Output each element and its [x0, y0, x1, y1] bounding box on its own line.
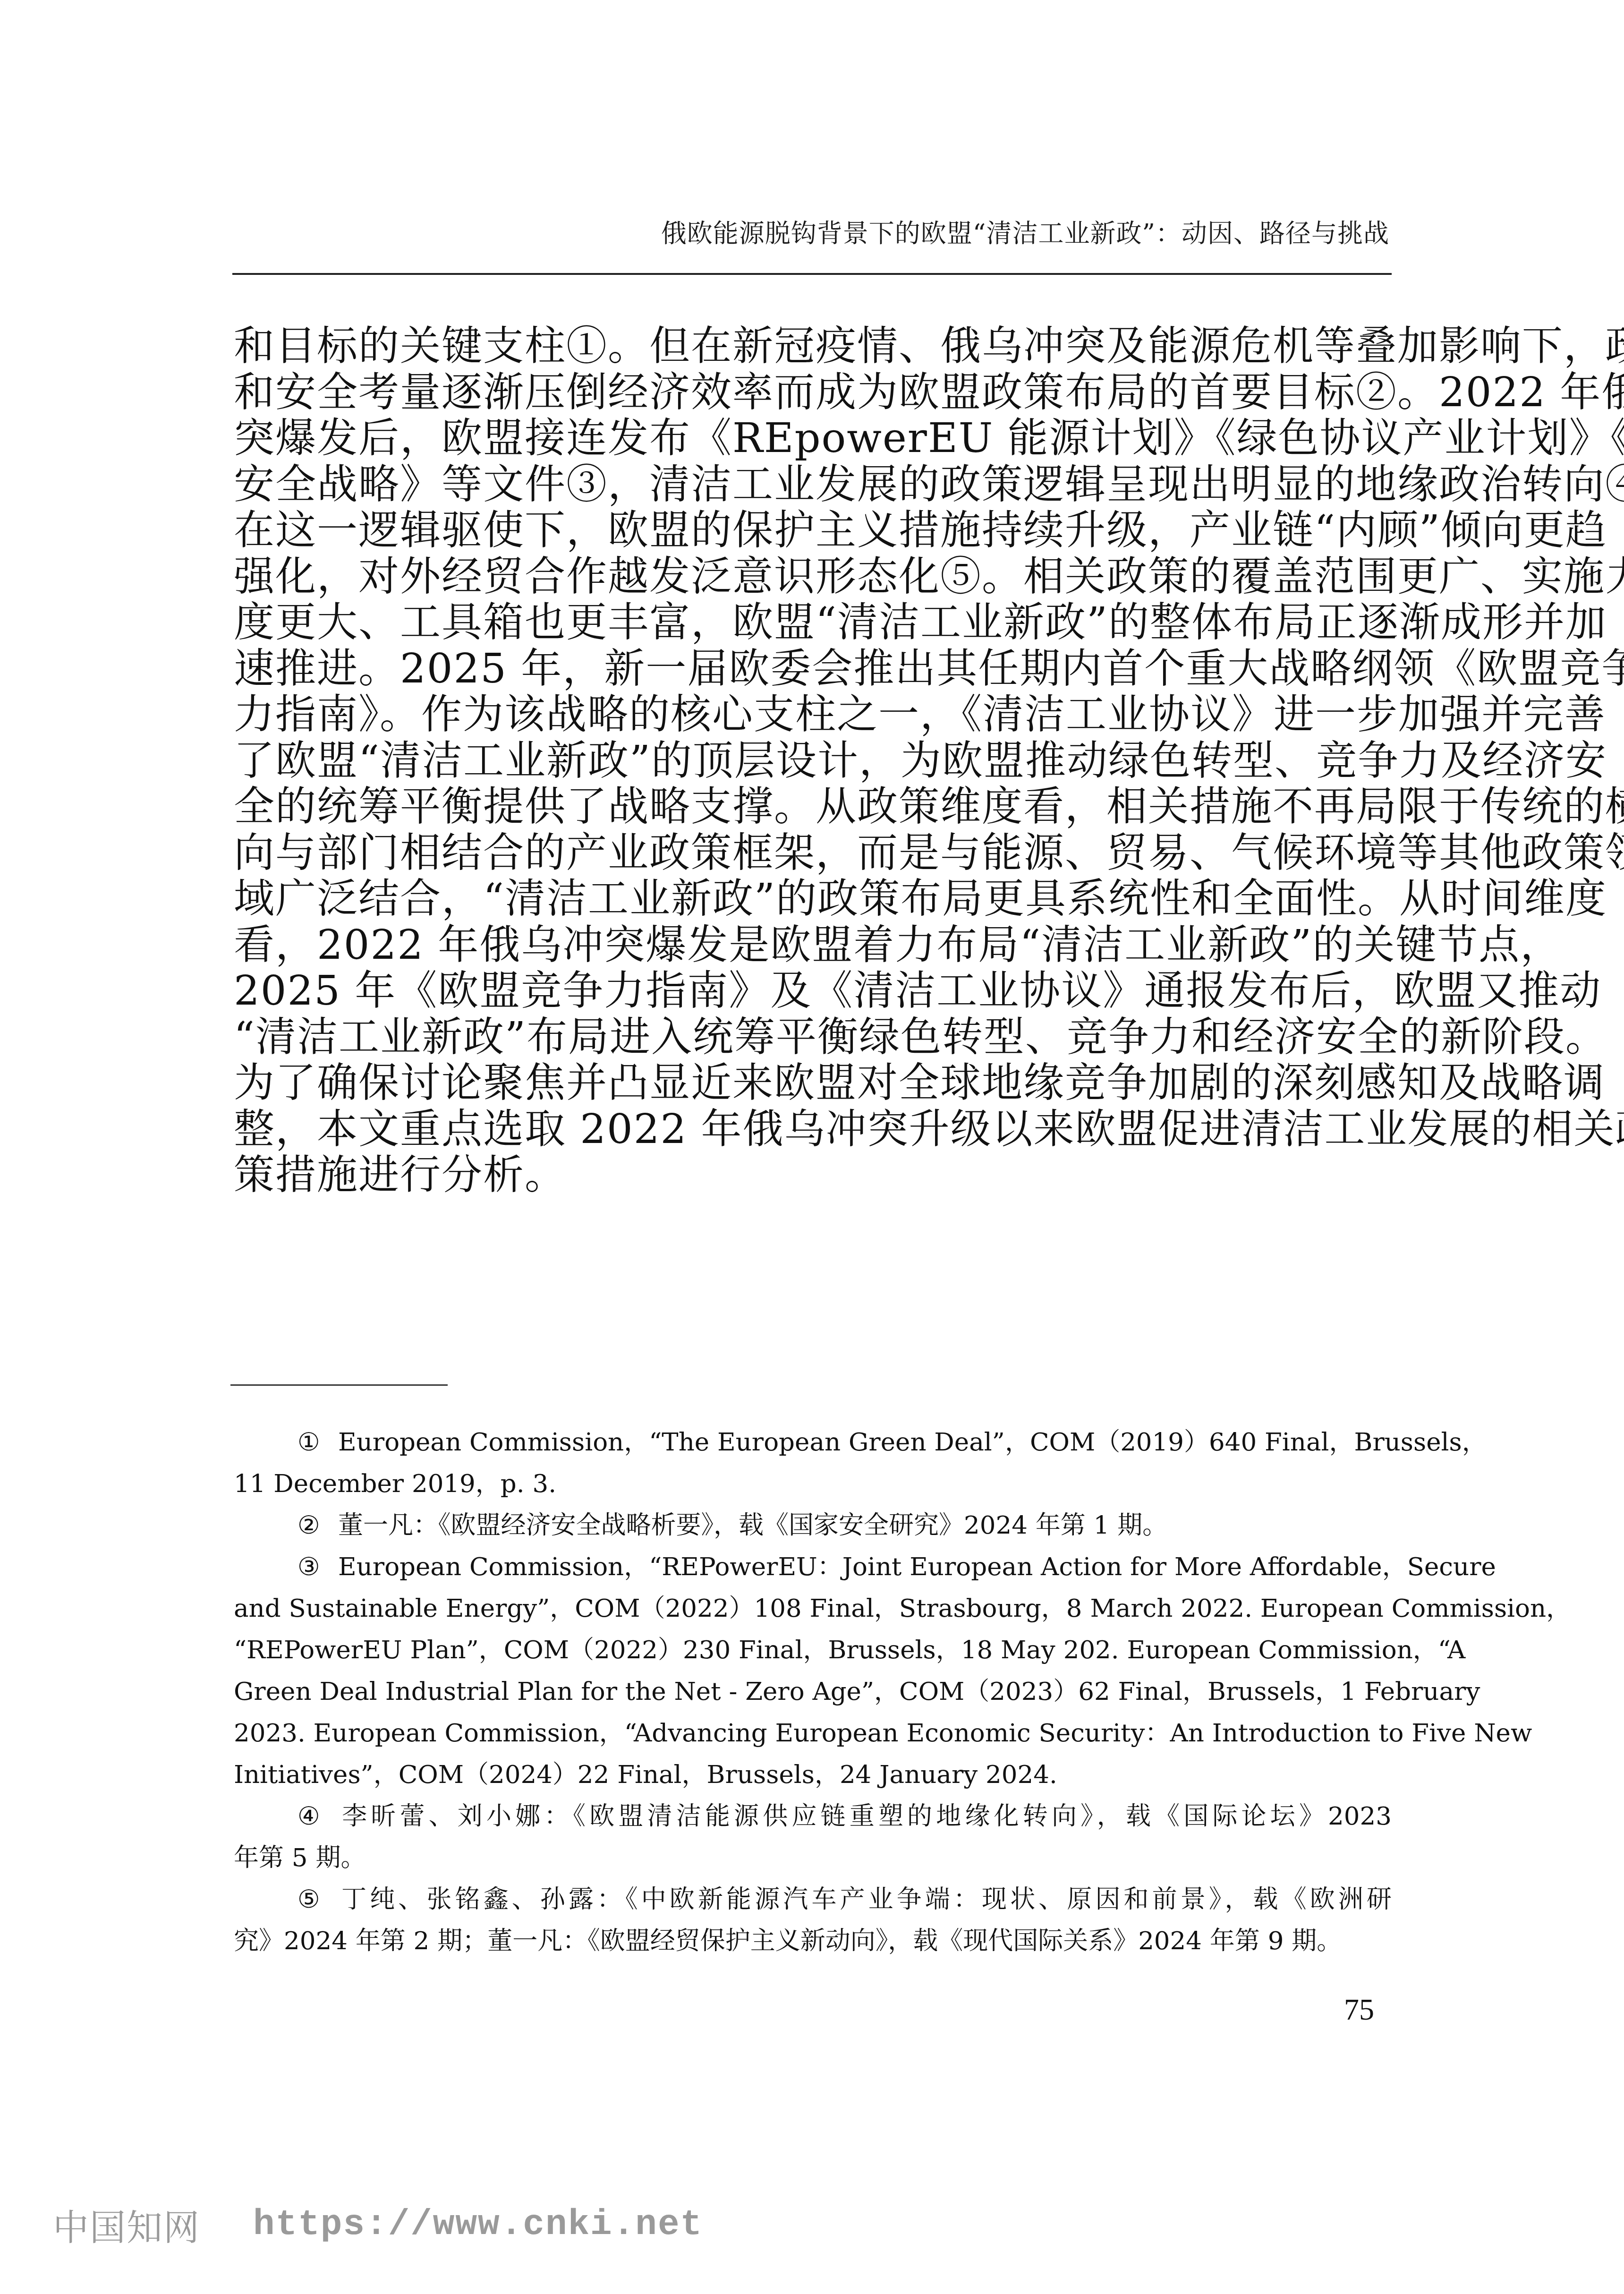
footnote-text: 2023. European Commission，“Advancing Eur…	[234, 1713, 1392, 1754]
body-line: 在这一逻辑驱使下，欧盟的保护主义措施持续升级，产业链“内顾”倾向更趋	[234, 508, 1392, 554]
body-line: 和目标的关键支柱①。但在新冠疫情、俄乌冲突及能源危机等叠加影响下，政治	[234, 324, 1392, 370]
footnote-text: 董一凡：《欧盟经济安全战略析要》，载《国家安全研究》2024 年第 1 期。	[338, 1511, 1167, 1540]
body-line: 为了确保讨论聚焦并凸显近来欧盟对全球地缘竞争加剧的深刻感知及战略调	[234, 1060, 1392, 1107]
footnote-mark: ③	[298, 1546, 338, 1588]
footnote-text: Initiatives”，COM（2024）22 Final，Brussels，…	[234, 1754, 1392, 1796]
footnote-mark: ①	[298, 1422, 338, 1463]
footnotes: ①European Commission，“The European Green…	[234, 1422, 1392, 1962]
footnote-text: and Sustainable Energy”，COM（2022）108 Fin…	[234, 1588, 1392, 1629]
body-line: 向与部门相结合的产业政策框架，而是与能源、贸易、气候环境等其他政策领	[234, 830, 1392, 877]
body-line: 了欧盟“清洁工业新政”的顶层设计，为欧盟推动绿色转型、竞争力及经济安	[234, 738, 1392, 785]
body-line: 和安全考量逐渐压倒经济效率而成为欧盟政策布局的首要目标②。2022 年俄乌冲	[234, 370, 1392, 416]
footnote-text: 究》2024 年第 2 期；董一凡：《欧盟经贸保护主义新动向》，载《现代国际关系…	[234, 1920, 1392, 1962]
footnote-text: 11 December 2019，p. 3.	[234, 1463, 1392, 1505]
footnote-mark: ④	[298, 1796, 338, 1837]
footnote-5: ⑤丁纯、张铭鑫、孙露：《中欧新能源汽车产业争端：现状、原因和前景》，载《欧洲研 …	[234, 1879, 1392, 1962]
footnote-text: European Commission，“REPowerEU：Joint Eur…	[338, 1552, 1496, 1581]
footnote-text: Green Deal Industrial Plan for the Net -…	[234, 1671, 1392, 1713]
body-line: 度更大、工具箱也更丰富，欧盟“清洁工业新政”的整体布局正逐渐成形并加	[234, 600, 1392, 646]
body-line: 策措施进行分析。	[234, 1152, 1392, 1199]
watermark-brand: 中国知网	[53, 2199, 200, 2251]
body-line: 整，本文重点选取 2022 年俄乌冲突升级以来欧盟促进清洁工业发展的相关政	[234, 1107, 1392, 1153]
watermark-url[interactable]: https://www.cnki.net	[253, 2204, 703, 2245]
body-line: 全的统筹平衡提供了战略支撑。从政策维度看，相关措施不再局限于传统的横	[234, 784, 1392, 830]
footnote-text: “REPowerEU Plan”，COM（2022）230 Final，Brus…	[234, 1629, 1392, 1671]
header-rule	[232, 273, 1392, 275]
footnote-text: European Commission，“The European Green …	[338, 1428, 1487, 1457]
footnote-1: ①European Commission，“The European Green…	[234, 1422, 1392, 1505]
body-line: 安全战略》等文件③，清洁工业发展的政策逻辑呈现出明显的地缘政治转向④。	[234, 462, 1392, 508]
body-line: 速推进。2025 年，新一届欧委会推出其任期内首个重大战略纲领《欧盟竞争	[234, 646, 1392, 692]
body-line: “清洁工业新政”布局进入统筹平衡绿色转型、竞争力和经济安全的新阶段。	[234, 1015, 1392, 1061]
page-number: 75	[1313, 1991, 1374, 2029]
body-line: 突爆发后，欧盟接连发布《REpowerEU 能源计划》《绿色协议产业计划》《经济	[234, 416, 1392, 462]
body-paragraph: 和目标的关键支柱①。但在新冠疫情、俄乌冲突及能源危机等叠加影响下，政治 和安全考…	[234, 324, 1392, 1199]
body-line: 强化，对外经贸合作越发泛意识形态化⑤。相关政策的覆盖范围更广、实施力	[234, 554, 1392, 600]
footnote-3: ③European Commission，“REPowerEU：Joint Eu…	[234, 1546, 1392, 1796]
footnote-text: 年第 5 期。	[234, 1837, 1392, 1879]
running-header-title: 俄欧能源脱钩背景下的欧盟“清洁工业新政”：动因、路径与挑战	[232, 215, 1389, 253]
footnote-mark: ⑤	[298, 1879, 338, 1920]
footnote-4: ④李昕蕾、刘小娜：《欧盟清洁能源供应链重塑的地缘化转向》，载《国际论坛》2023…	[234, 1796, 1392, 1879]
footnote-separator	[230, 1384, 448, 1386]
cnki-watermark: 中国知网 https://www.cnki.net	[53, 2199, 703, 2251]
footnote-text: 李昕蕾、刘小娜：《欧盟清洁能源供应链重塑的地缘化转向》，载《国际论坛》2023	[338, 1802, 1392, 1831]
footnote-text: 丁纯、张铭鑫、孙露：《中欧新能源汽车产业争端：现状、原因和前景》，载《欧洲研	[338, 1885, 1392, 1914]
footnote-mark: ②	[298, 1505, 338, 1546]
body-line: 2025 年《欧盟竞争力指南》及《清洁工业协议》通报发布后，欧盟又推动	[234, 968, 1392, 1015]
body-line: 力指南》。作为该战略的核心支柱之一，《清洁工业协议》进一步加强并完善	[234, 692, 1392, 738]
body-line: 看，2022 年俄乌冲突爆发是欧盟着力布局“清洁工业新政”的关键节点，	[234, 922, 1392, 969]
body-line: 域广泛结合，“清洁工业新政”的政策布局更具系统性和全面性。从时间维度	[234, 876, 1392, 922]
footnote-2: ②董一凡：《欧盟经济安全战略析要》，载《国家安全研究》2024 年第 1 期。	[234, 1505, 1392, 1546]
